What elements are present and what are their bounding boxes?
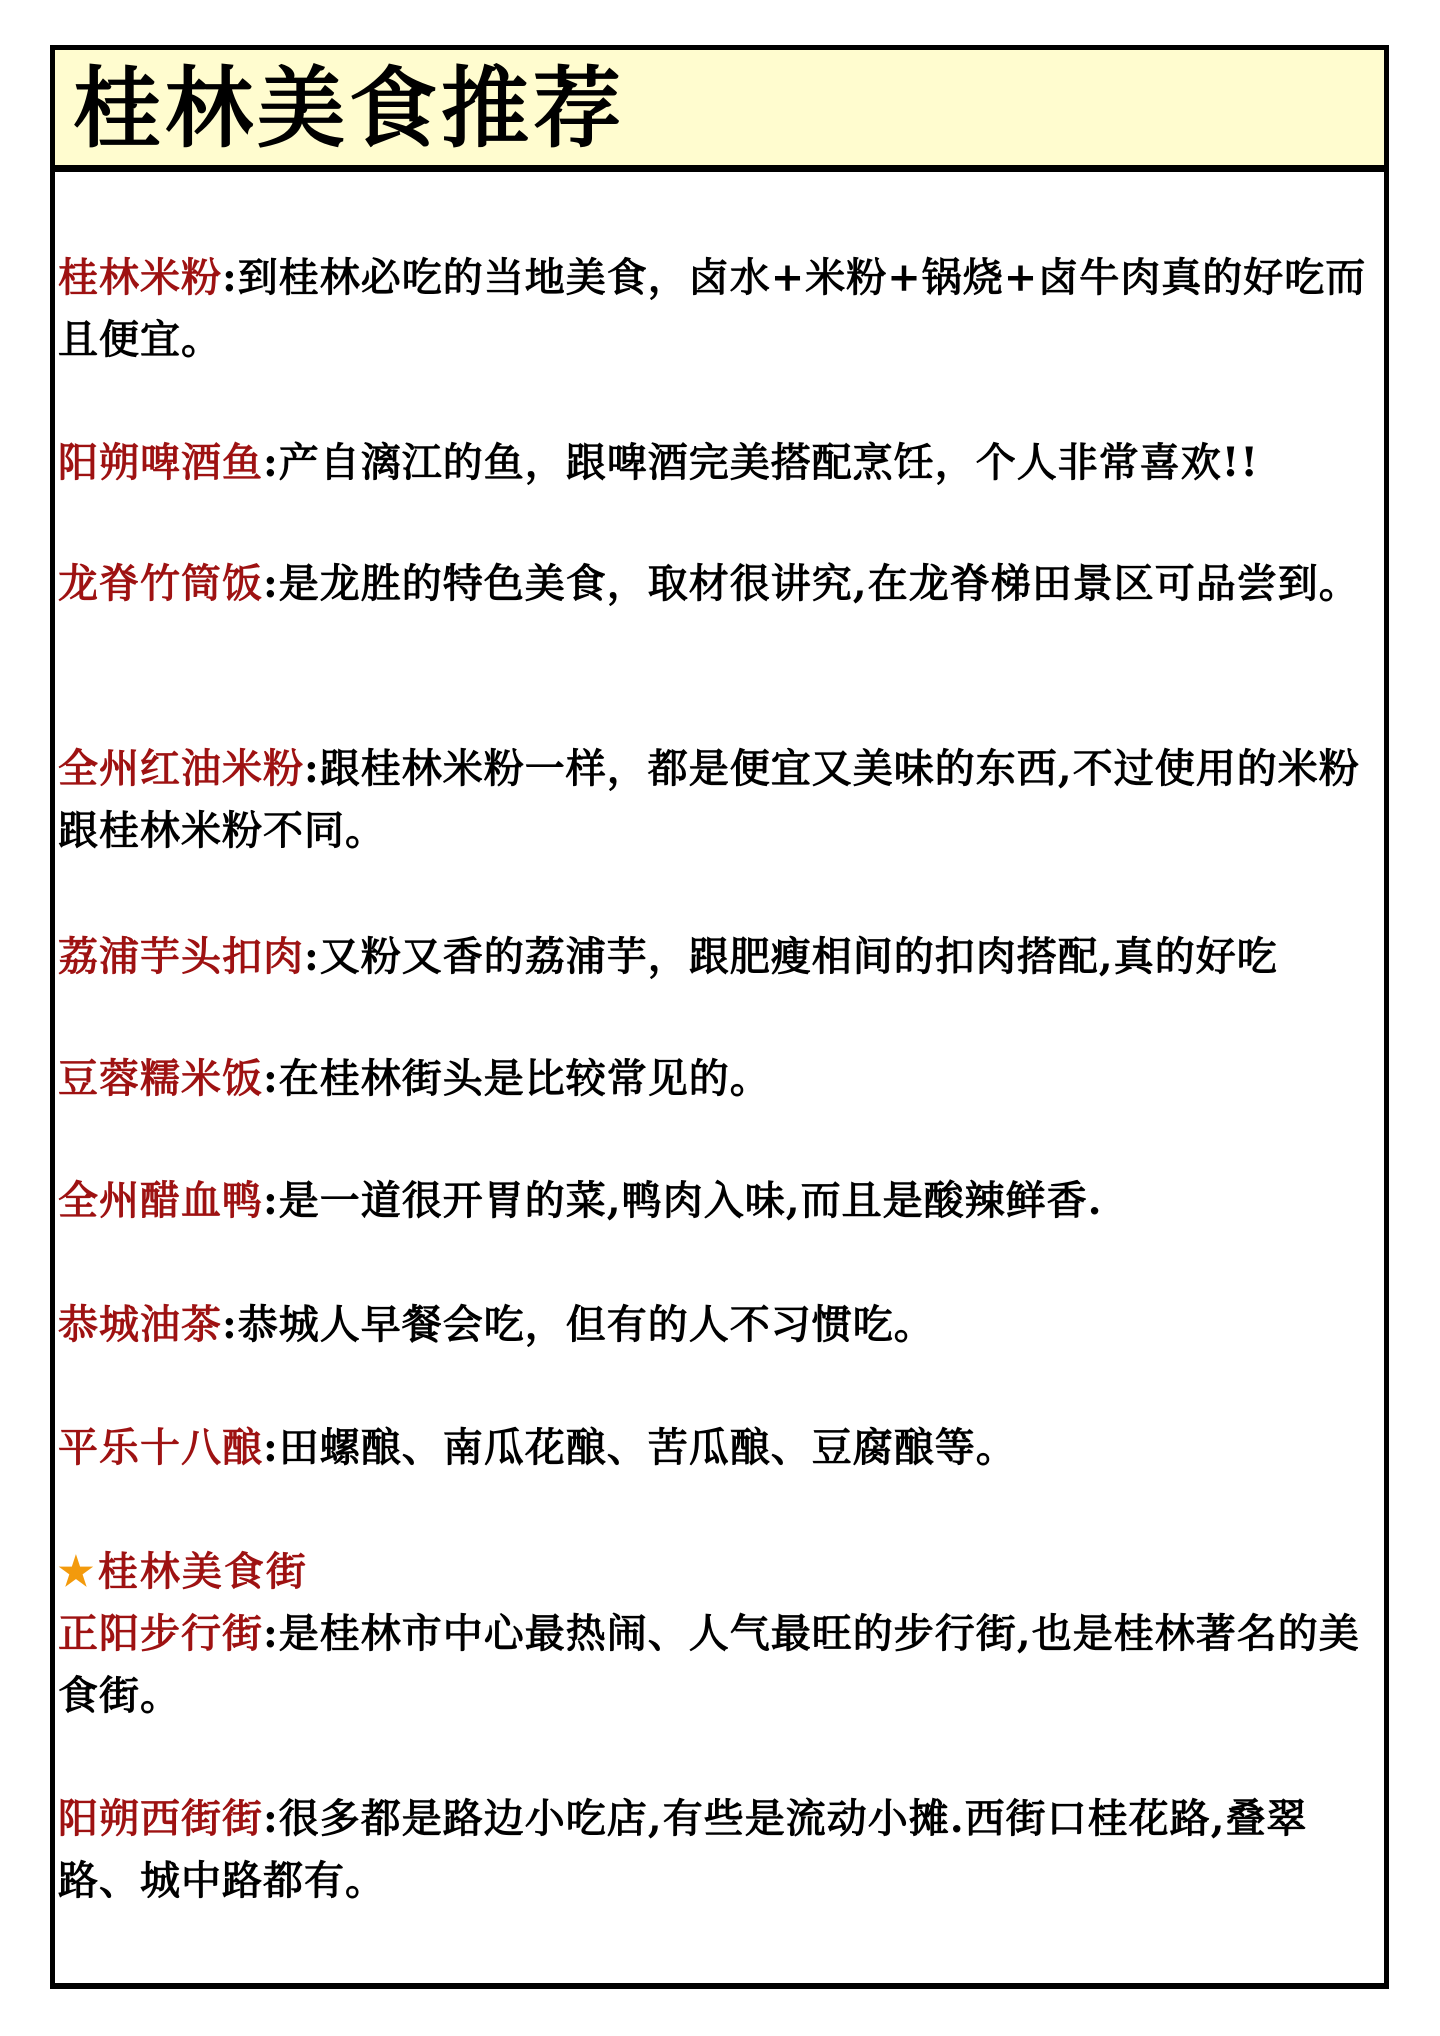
food-description: 在桂林街头是比较常见的。 [279,1055,771,1102]
food-name: 全州红油米粉 [58,745,304,792]
food-entry-guilin-rice-noodle: 桂林米粉:到桂林必吃的当地美食，卤水+米粉+锅烧+卤牛肉真的好吃而且便宜。 [58,247,1380,371]
page-title: 桂林美食推荐 [73,56,625,160]
food-street-heading: ★桂林美食街 [58,1541,308,1603]
food-entry-yangshuo-beer-fish: 阳朔啤酒鱼:产自漓江的鱼，跟啤酒完美搭配烹饪，个人非常喜欢!! [58,432,1380,494]
food-name: 全州醋血鸭 [58,1177,263,1224]
food-entry-lipu-taro-pork: 荔浦芋头扣肉:又粉又香的荔浦芋，跟肥瘦相间的扣肉搭配,真的好吃 [58,926,1380,988]
food-name: 平乐十八酿 [58,1424,263,1471]
separator: : [222,1301,238,1348]
separator: : [304,933,320,980]
street-entry-yangshuo-west-street: 阳朔西街街:很多都是路边小吃店,有些是流动小摊.西街口桂花路,叠翠路、城中路都有… [58,1788,1380,1912]
title-band: 桂林美食推荐 [55,50,1384,172]
street-name: 阳朔西街街 [58,1795,263,1842]
star-icon: ★ [58,1548,96,1595]
food-entry-pingle-eighteen-stuffed: 平乐十八酿:田螺酿、南瓜花酿、苦瓜酿、豆腐酿等。 [58,1417,1380,1479]
food-entry-gongcheng-oil-tea: 恭城油茶:恭城人早餐会吃，但有的人不习惯吃。 [58,1294,1380,1356]
food-description: 是一道很开胃的菜,鸭肉入味,而且是酸辣鲜香. [279,1177,1103,1224]
food-description: 是龙胜的特色美食，取材很讲究,在龙脊梯田景区可品尝到。 [279,560,1360,607]
food-description: 又粉又香的荔浦芋，跟肥瘦相间的扣肉搭配,真的好吃 [320,933,1278,980]
food-description: 田螺酿、南瓜花酿、苦瓜酿、豆腐酿等。 [279,1424,1017,1471]
food-description: 到桂林必吃的当地美食，卤水+米粉+锅烧+卤牛肉真的好吃而且便宜。 [58,254,1366,363]
separator: : [263,1177,279,1224]
food-name: 恭城油茶 [58,1301,222,1348]
separator: : [263,1795,279,1842]
separator: : [263,439,279,486]
separator: : [263,1424,279,1471]
food-entry-longji-bamboo-rice: 龙脊竹筒饭:是龙胜的特色美食，取材很讲究,在龙脊梯田景区可品尝到。 [58,553,1380,615]
separator: : [263,560,279,607]
separator: : [263,1610,279,1657]
food-entry-quanzhou-red-oil-noodle: 全州红油米粉:跟桂林米粉一样，都是便宜又美味的东西,不过使用的米粉跟桂林米粉不同… [58,738,1380,862]
food-entry-quanzhou-blood-duck: 全州醋血鸭:是一道很开胃的菜,鸭肉入味,而且是酸辣鲜香. [58,1170,1380,1232]
food-name: 桂林米粉 [58,254,222,301]
food-entry-bean-paste-sticky-rice: 豆蓉糯米饭:在桂林街头是比较常见的。 [58,1048,1380,1110]
section-title: 桂林美食街 [98,1548,308,1595]
food-name: 龙脊竹筒饭 [58,560,263,607]
poster-frame: 桂林美食推荐 桂林米粉:到桂林必吃的当地美食，卤水+米粉+锅烧+卤牛肉真的好吃而… [50,45,1389,1989]
street-name: 正阳步行街 [58,1610,263,1657]
separator: : [263,1055,279,1102]
food-name: 豆蓉糯米饭 [58,1055,263,1102]
food-name: 阳朔啤酒鱼 [58,439,263,486]
food-description: 恭城人早餐会吃，但有的人不习惯吃。 [238,1301,935,1348]
street-entry-zhengyang: 正阳步行街:是桂林市中心最热闹、人气最旺的步行街,也是桂林著名的美食街。 [58,1603,1380,1727]
food-description: 产自漓江的鱼，跟啤酒完美搭配烹饪，个人非常喜欢!! [279,439,1259,486]
separator: : [304,745,320,792]
food-name: 荔浦芋头扣肉 [58,933,304,980]
separator: : [222,254,238,301]
